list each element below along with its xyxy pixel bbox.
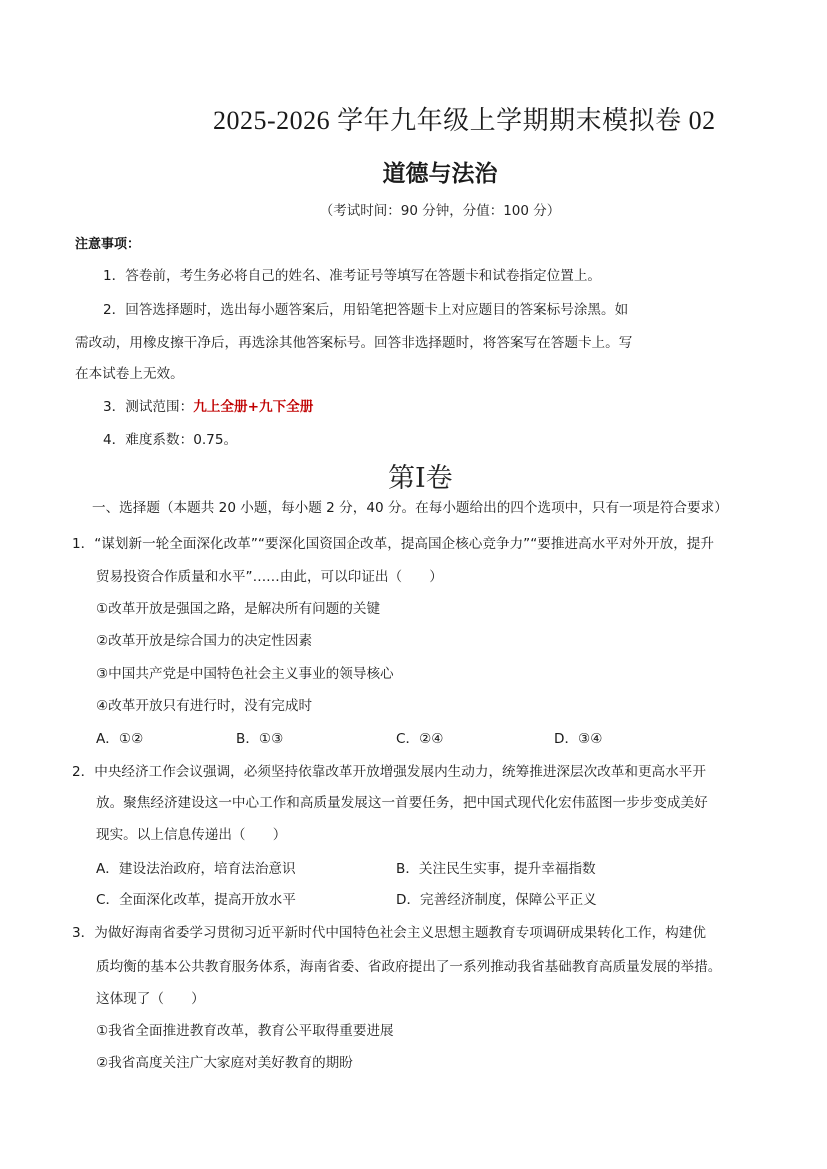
notice-item-4: 4．难度系数：0.75。 — [103, 428, 237, 448]
question-1-option-a[interactable]: A．①② — [96, 727, 143, 747]
question-2-stem-line-2: 放。聚焦经济建设这一中心工作和高质量发展这一首要任务，把中国式现代化宏伟蓝图一步… — [96, 791, 708, 811]
question-1-stem-line-1: 1．“谋划新一轮全面深化改革”“要深化国资国企改革，提高国企核心竞争力”“要推进… — [72, 532, 714, 552]
exam-title: 2025-2026 学年九年级上学期期末模拟卷 02 — [213, 100, 716, 137]
question-3-statement-1: ①我省全面推进教育改革，教育公平取得重要进展 — [96, 1019, 394, 1039]
question-3-stem-line-1: 3．为做好海南省委学习贯彻习近平新时代中国特色社会主义思想主题教育专项调研成果转… — [72, 921, 706, 941]
notice-item-2-line-2: 需改动，用橡皮擦干净后，再选涂其他答案标号。回答非选择题时，将答案写在答题卡上。… — [75, 331, 632, 351]
question-2-stem-line-1: 2．中央经济工作会议强调，必须坚持依靠改革开放增强发展内生动力，统筹推进深层次改… — [72, 760, 706, 780]
test-scope-value: 九上全册+九下全册 — [193, 399, 313, 415]
question-1-statement-4: ④改革开放只有进行时，没有完成时 — [96, 694, 312, 714]
question-1-option-d[interactable]: D．③④ — [554, 727, 602, 747]
exam-info: （考试时间：90 分钟，分值：100 分） — [0, 199, 827, 219]
question-1-option-c[interactable]: C．②④ — [396, 727, 443, 747]
notice-item-3-label: 3．测试范围： — [103, 399, 193, 415]
question-3-statement-2: ②我省高度关注广大家庭对美好教育的期盼 — [96, 1051, 353, 1071]
question-1-statement-1: ①改革开放是强国之路，是解决所有问题的关键 — [96, 597, 380, 617]
question-2-option-a[interactable]: A．建设法治政府，培育法治意识 — [96, 857, 296, 877]
exam-page: 2025-2026 学年九年级上学期期末模拟卷 02 道德与法治 （考试时间：9… — [0, 0, 827, 1169]
question-3-stem-line-3: 这体现了（ ） — [96, 987, 205, 1007]
subject-title: 道德与法治 — [0, 155, 827, 188]
question-2-option-c[interactable]: C．全面深化改革，提高开放水平 — [96, 888, 296, 908]
volume-title: 第Ⅰ卷 — [388, 456, 453, 495]
section-heading: 一、选择题（本题共 20 小题，每小题 2 分，40 分。在每小题给出的四个选项… — [92, 496, 728, 516]
question-1-statement-3: ③中国共产党是中国特色社会主义事业的领导核心 — [96, 662, 394, 682]
question-2-option-b[interactable]: B．关注民生实事，提升幸福指数 — [396, 857, 596, 877]
notice-item-2-line-1: 2．回答选择题时，选出每小题答案后，用铅笔把答题卡上对应题目的答案标号涂黑。如 — [103, 298, 628, 318]
notice-item-1: 1．答卷前，考生务必将自己的姓名、准考证号等填写在答题卡和试卷指定位置上。 — [103, 264, 601, 284]
notice-item-3: 3．测试范围：九上全册+九下全册 — [103, 395, 313, 415]
question-2-stem-line-3: 现实。以上信息传递出（ ） — [96, 823, 286, 843]
notice-item-2-line-3: 在本试卷上无效。 — [75, 362, 184, 382]
question-1-statement-2: ②改革开放是综合国力的决定性因素 — [96, 629, 312, 649]
question-1-option-b[interactable]: B．①③ — [236, 727, 283, 747]
question-3-stem-line-2: 质均衡的基本公共教育服务体系，海南省委、省政府提出了一系列推动我省基础教育高质量… — [96, 955, 721, 975]
notice-heading: 注意事项： — [75, 233, 140, 252]
question-2-option-d[interactable]: D．完善经济制度，保障公平正义 — [396, 888, 597, 908]
question-1-stem-line-2: 贸易投资合作质量和水平”……由此，可以印证出（ ） — [96, 565, 443, 585]
